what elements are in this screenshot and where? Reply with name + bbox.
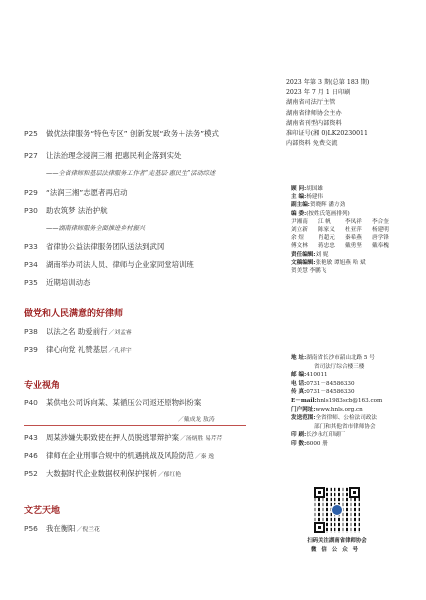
fax-row: 传 真:0731－84586330 (291, 388, 382, 397)
email-link[interactable]: hnls1983scb@163.com (317, 398, 383, 404)
issue-number: 2023 年第 3 期(总第 183 期) (286, 78, 369, 88)
entry-title: “法润三湘”志愿者再启动 (46, 188, 128, 197)
toc-entry[interactable]: P34湖南举办司法人员、律师与企业家同堂培训班 (24, 259, 194, 270)
entry-author: ／戴成龙 敖涛 (178, 414, 215, 423)
page-number: P29 (24, 188, 46, 197)
qr-code[interactable] (313, 486, 361, 534)
entry-title: 近期培训动态 (46, 278, 90, 287)
sponsor: 湖南省律师协会主办 (286, 109, 369, 119)
page-number: P35 (24, 278, 46, 287)
association-logo-icon (331, 504, 343, 516)
page-number: P43 (24, 433, 46, 442)
toc-entry[interactable]: P30助农筑梦 法治护航 (24, 205, 107, 216)
board-members-row: 余 煜肖超元秦希燕唐学锋 (291, 234, 399, 242)
advisor-row: 顾 问:胡国雄 (291, 185, 399, 193)
section-heading: 文艺天地 (24, 503, 60, 516)
entry-subtitle: ——全省律师和基层法律服务工作者“走基层·惠民生”活动综述 (46, 168, 215, 177)
entry-title: 助农筑梦 法治护航 (46, 206, 107, 215)
toc-entry[interactable]: P52大数据时代企业数据权利保护探析／郁红艳 (24, 468, 181, 479)
entry-title: 我在衡阳 (46, 524, 76, 533)
publication-type: 湖南省刊型内部资料 (286, 119, 369, 129)
address-row-cont: 省司法厅综合楼三楼 (291, 363, 382, 372)
page-number: P34 (24, 260, 46, 269)
entry-author: ／郁红艳 (158, 472, 181, 478)
entry-title: 周某涉嫌失职致使在押人员脱逃罪辩护案 (46, 433, 179, 442)
email-row: E－mail:hnls1983scb@163.com (291, 397, 382, 406)
entry-author: ／孔祥宇 (108, 348, 131, 354)
toc-entry[interactable]: P40某供电公司诉向某、某循压公司返还原物纠纷案 (24, 397, 201, 408)
address-row: 地 址:湖南省长沙市韶山北路 5 号 (291, 354, 382, 363)
contact-info: 地 址:湖南省长沙市韶山北路 5 号 省司法厅综合楼三楼 邮 编:410011 … (291, 354, 382, 449)
entry-title: 某供电公司诉向某、某循压公司返还原物纠纷案 (46, 398, 201, 407)
entry-title: 以法之名 助爱前行 (46, 327, 107, 336)
page-number: P52 (24, 469, 46, 478)
toc-entry[interactable]: P38以法之名 助爱前行／刘孟睿 (24, 326, 132, 337)
circulation-row: 印 数:6000 册 (291, 440, 382, 449)
toc-entry[interactable]: P25做优法律服务“特色专区” 创新发展“政务＋法务”模式 (24, 128, 219, 139)
entry-author: ／汤炳胜 易芹芹 (180, 436, 222, 442)
toc-entry[interactable]: P39律心向党 礼赞基层／孔祥宇 (24, 344, 132, 355)
toc-entry[interactable]: P35近期培训动态 (24, 277, 90, 288)
distribution-row: 发送范围:全省律师、公检法司政法 (291, 414, 382, 423)
publication-info: 2023 年第 3 期(总第 183 期) 2023 年 7 月 1 日印刷 湖… (286, 78, 369, 149)
distribution-row-cont: 部门和其他省市律师协会 (291, 423, 382, 432)
entry-author: ／秦 逸 (195, 454, 214, 460)
section-heading: 专业视角 (24, 378, 60, 391)
print-date: 2023 年 7 月 1 日印刷 (286, 88, 369, 98)
editorial-board-row: 编 委:(按姓氏笔画排列) (291, 210, 399, 218)
toc-entry[interactable]: P29“法润三湘”志愿者再启动 (24, 187, 128, 198)
entry-title: 让法治理念浸润三湘 把惠民利企落到实处 (46, 151, 181, 160)
circulation-note: 内部资料 免费交流 (286, 139, 369, 149)
entry-author: ／倪兰花 (77, 527, 100, 533)
website-link[interactable]: www.hnls.org.cn (315, 407, 362, 413)
toc-entry[interactable]: P33省律协公益法律服务团队送法到武冈 (24, 241, 164, 252)
copy-editors-cont-row: 贺美慧 李鹏飞 (291, 267, 399, 275)
divider-line (24, 425, 246, 426)
page-number: P39 (24, 345, 46, 354)
board-members-row: 尹湘南江 帆李凤祥李合奎 (291, 218, 399, 226)
toc-entry[interactable]: P46律师在企业刑事合规中的机遇挑战及风险防范／秦 逸 (24, 450, 214, 461)
entry-title: 省律协公益法律服务团队送法到武冈 (46, 242, 164, 251)
board-members-row: 刘立新陈家义杜亚萍杨建明 (291, 226, 399, 234)
page-number: P30 (24, 206, 46, 215)
page-number: P27 (24, 151, 46, 160)
toc-entry[interactable]: P27让法治理念浸润三湘 把惠民利企落到实处 (24, 150, 181, 161)
page-number: P56 (24, 524, 46, 533)
entry-subtitle: ——湖南律师服务全面推进乡村振兴 (46, 223, 145, 232)
page-number: P25 (24, 129, 46, 138)
masthead: 顾 问:胡国雄 主 编:杨建伟 副主编:贺晓辉 潘方劲 编 委:(按姓氏笔画排列… (291, 185, 399, 275)
entry-title: 律心向党 礼赞基层 (46, 345, 107, 354)
postcode-row: 邮 编:410011 (291, 371, 382, 380)
page-number: P38 (24, 327, 46, 336)
permit-number: 准印证号(湘 0)LK20230011 (286, 129, 369, 139)
page-number: P46 (24, 451, 46, 460)
qr-finder-pattern (314, 522, 325, 533)
editor-in-chief-row: 主 编:杨建伟 (291, 193, 399, 201)
toc-entry[interactable]: P43周某涉嫌失职致使在押人员脱逃罪辩护案／汤炳胜 易芹芹 (24, 432, 222, 443)
entry-title: 律师在企业刑事合规中的机遇挑战及风险防范 (46, 451, 194, 460)
qr-caption: 扫码关注湖南省律师协会 微信公众号 (307, 537, 367, 555)
printer-row: 印 刷:长沙永红印刷厂 (291, 431, 382, 440)
toc-entry[interactable]: P56我在衡阳／倪兰花 (24, 523, 100, 534)
entry-title: 大数据时代企业数据权利保护探析 (46, 469, 157, 478)
copy-editors-row: 文稿编辑:张艳敏 谭旭燕 哈 斌 (291, 259, 399, 267)
qr-finder-pattern (314, 487, 325, 498)
entry-title: 做优法律服务“特色专区” 创新发展“政务＋法务”模式 (46, 129, 219, 138)
section-heading: 做党和人民满意的好律师 (24, 306, 123, 319)
entry-author: ／刘孟睿 (108, 330, 131, 336)
entry-title: 湖南举办司法人员、律师与企业家同堂培训班 (46, 260, 194, 269)
qr-finder-pattern (349, 487, 360, 498)
board-members-row: 傅文林蒋忠忠戴勇坚戴奉槐 (291, 242, 399, 250)
supervisor: 湖南省司法厅主管 (286, 98, 369, 108)
phone-row: 电 话:0731－84586330 (291, 380, 382, 389)
responsible-editor-row: 责任编辑:刘 妮 (291, 251, 399, 259)
deputy-editors-row: 副主编:贺晓辉 潘方劲 (291, 201, 399, 209)
page-number: P40 (24, 398, 46, 407)
website-row: 门户网址:www.hnls.org.cn (291, 406, 382, 415)
page-number: P33 (24, 242, 46, 251)
